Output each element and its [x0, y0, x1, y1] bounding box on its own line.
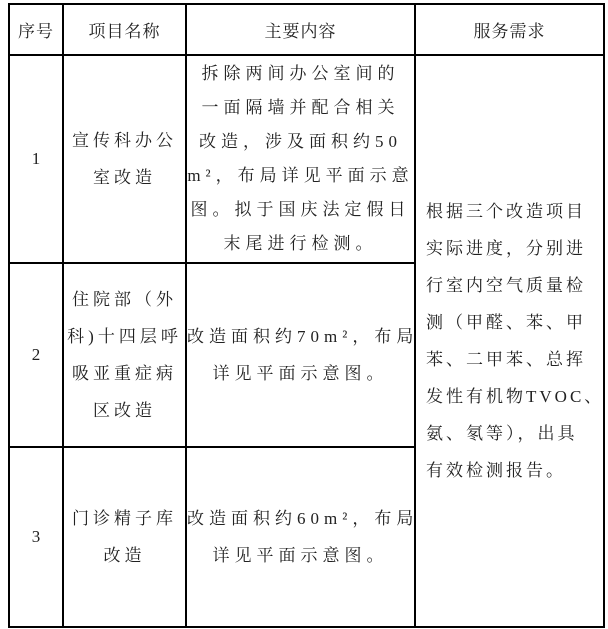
table-row: 1 宣传科办公室改造 拆除两间办公室间的一面隔墙并配合相关改造，涉及面积约50m…	[9, 55, 604, 263]
document-page: 序号 项目名称 主要内容 服务需求 1 宣传科办公室改造 拆除两间办公室间的一面…	[0, 0, 608, 629]
row1-project-name: 宣传科办公室改造	[63, 55, 186, 263]
row1-main-content: 拆除两间办公室间的一面隔墙并配合相关改造，涉及面积约50m²，布局详见平面示意图…	[186, 55, 415, 263]
row1-seq: 1	[9, 55, 63, 263]
row3-project-name: 门诊精子库改造	[63, 447, 186, 627]
row2-seq: 2	[9, 263, 63, 447]
column-header-service-requirements: 服务需求	[415, 4, 604, 55]
row3-seq: 3	[9, 447, 63, 627]
table-header-row: 序号 项目名称 主要内容 服务需求	[9, 4, 604, 55]
row2-project-name: 住院部（外科)十四层呼吸亚重症病区改造	[63, 263, 186, 447]
service-requirements-cell: 根据三个改造项目实际进度，分别进行室内空气质量检测（甲醛、苯、甲苯、二甲苯、总挥…	[415, 55, 604, 627]
column-header-project-name: 项目名称	[63, 4, 186, 55]
projects-table: 序号 项目名称 主要内容 服务需求 1 宣传科办公室改造 拆除两间办公室间的一面…	[8, 3, 605, 628]
column-header-seq: 序号	[9, 4, 63, 55]
row2-main-content: 改造面积约70m²，布局详见平面示意图。	[186, 263, 415, 447]
column-header-main-content: 主要内容	[186, 4, 415, 55]
row3-main-content: 改造面积约60m²，布局详见平面示意图。	[186, 447, 415, 627]
